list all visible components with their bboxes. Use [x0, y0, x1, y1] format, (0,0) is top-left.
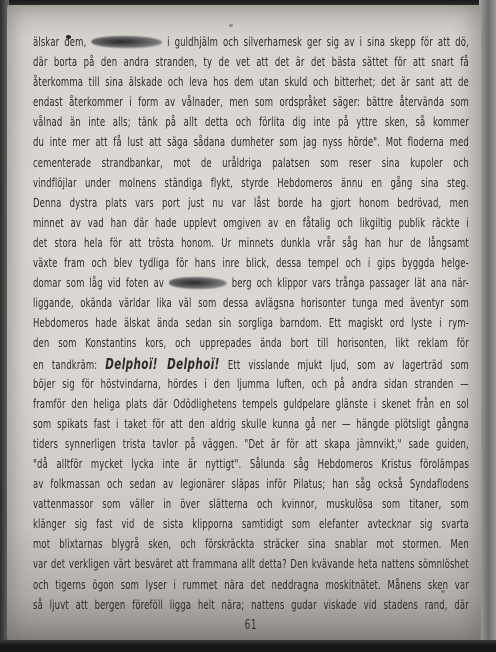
- text-line: växte fram och blev tydliga för hans inr…: [33, 253, 469, 273]
- text-segment: Ett visslande mjukt ljud, som av lagertr…: [220, 357, 469, 372]
- text-segment: en tandkräm:: [33, 357, 105, 372]
- text-segment: den som Konstantins kors, och upprepades…: [33, 335, 469, 350]
- text-line: tiders synnerligen trista tavlor på vägg…: [33, 434, 469, 454]
- text-line: mot blixtarnas blygrå sken, och förskräc…: [33, 534, 469, 554]
- text-segment: och tigerns ögon som lyser i rummet nära…: [33, 577, 469, 592]
- paper-speck: [229, 24, 233, 27]
- text-line: och tigerns ögon som lyser i rummet nära…: [33, 575, 469, 595]
- text-segment: av folkmassan och sedan av legionärer sl…: [33, 476, 469, 491]
- ink-smudge-redaction: [169, 277, 227, 289]
- text-segment: du inte mer att få lust att säga sådana …: [33, 134, 469, 149]
- text-segment: tiders synnerligen trista tavlor på vägg…: [33, 436, 469, 451]
- text-line: där borta på den andra stranden, ty de v…: [33, 52, 469, 72]
- text-segment: Denna dystra plats vars port just nu var…: [33, 195, 469, 210]
- text-line: vålnad än inte alls; tänk på allt detta …: [33, 112, 469, 132]
- text-line: en tandkräm: Delphoï! Delphoï! Ett vissl…: [33, 354, 469, 374]
- text-line: liggande, okända världar lika väl som de…: [33, 293, 469, 313]
- text-line: domar som låg vid foten av berg och klip…: [33, 273, 469, 293]
- text-line: det stora hela för att trösta honom. Ur …: [33, 233, 469, 253]
- text-segment: vindflöjlar under molnens ständiga flykt…: [33, 175, 469, 190]
- text-line: framför den heliga plats där Odödlighete…: [33, 394, 469, 414]
- emphasized-text: Delphoï! Delphoï!: [105, 355, 220, 373]
- text-line: som spikats fast i taket för att den ald…: [33, 414, 469, 434]
- text-line: var det verkligen värt besväret att fram…: [33, 554, 469, 574]
- text-line: återkomma till sina älskade och leva hos…: [33, 72, 469, 92]
- text-segment: "då alltför mycket lycka inte är nyttigt…: [33, 456, 469, 471]
- text-segment: återkomma till sina älskade och leva hos…: [33, 74, 469, 89]
- body-text: älskar dem, i guldhjälm och silverharnes…: [33, 32, 469, 636]
- scan-edge-bottom: [0, 640, 496, 652]
- text-line: "då alltför mycket lycka inte är nyttigt…: [33, 454, 469, 474]
- text-line: vindflöjlar under molnens ständiga flykt…: [33, 173, 469, 193]
- text-segment: vattenmassor som väller in över slättern…: [33, 496, 469, 511]
- text-segment: berg och klippor vars trånga passager lä…: [227, 275, 469, 290]
- text-segment: det stora hela för att trösta honom. Ur …: [33, 235, 469, 250]
- scanned-page: älskar dem, i guldhjälm och silverharnes…: [0, 0, 496, 652]
- text-segment: liggande, okända världar lika väl som de…: [33, 295, 469, 310]
- text-segment: endast återkommer i form av vålnader, me…: [33, 94, 469, 109]
- text-segment: så ljuvt att bergen föreföll ligga helt …: [33, 597, 469, 612]
- text-line: böjer sig för höstvindarna, hördes i den…: [33, 374, 469, 394]
- text-line: endast återkommer i form av vålnader, me…: [33, 92, 469, 112]
- text-segment: vålnad än inte alls; tänk på allt detta …: [33, 114, 469, 129]
- text-segment: framför den heliga plats där Odödlighete…: [33, 396, 469, 411]
- text-line: Denna dystra plats vars port just nu var…: [33, 193, 469, 213]
- text-line: Hebdomeros hade älskat ända sedan sin so…: [33, 313, 469, 333]
- text-segment: växte fram och blev tydliga för hans inr…: [33, 255, 469, 270]
- text-segment: i guldhjälm och silverharnesk ger sig av…: [162, 34, 469, 49]
- text-segment: älskar dem,: [33, 34, 91, 49]
- text-line: cementerade strandbankar, mot de uråldri…: [33, 153, 469, 173]
- text-line: minnet av vad han där hade upplevt omgiv…: [33, 213, 469, 233]
- text-line: älskar dem, i guldhjälm och silverharnes…: [33, 32, 469, 52]
- text-segment: domar som låg vid foten av: [33, 275, 169, 290]
- text-segment: cementerade strandbankar, mot de uråldri…: [33, 155, 469, 170]
- text-segment: minnet av vad han där hade upplevt omgiv…: [33, 215, 469, 230]
- text-line: den som Konstantins kors, och upprepades…: [33, 333, 469, 353]
- text-line: vattenmassor som väller in över slättern…: [33, 494, 469, 514]
- text-segment: som spikats fast i taket för att den ald…: [33, 416, 469, 431]
- text-line: klänger sig fast vid de sista klipporna …: [33, 514, 469, 534]
- text-segment: var det verkligen värt besväret att fram…: [33, 556, 469, 571]
- ink-smudge-redaction: [91, 36, 162, 48]
- text-segment: klänger sig fast vid de sista klipporna …: [33, 516, 469, 531]
- text-segment: böjer sig för höstvindarna, hördes i den…: [33, 376, 469, 391]
- page-number: 61: [33, 616, 469, 636]
- text-segment: Hebdomeros hade älskat ända sedan sin so…: [33, 315, 469, 330]
- scan-edge-right: [479, 0, 496, 652]
- text-line: så ljuvt att bergen föreföll ligga helt …: [33, 595, 469, 615]
- text-segment: mot blixtarnas blygrå sken, och förskräc…: [33, 536, 469, 551]
- book-page: älskar dem, i guldhjälm och silverharnes…: [7, 5, 481, 640]
- text-segment: där borta på den andra stranden, ty de v…: [33, 54, 469, 69]
- text-line: du inte mer att få lust att säga sådana …: [33, 132, 469, 152]
- text-line: av folkmassan och sedan av legionärer sl…: [33, 474, 469, 494]
